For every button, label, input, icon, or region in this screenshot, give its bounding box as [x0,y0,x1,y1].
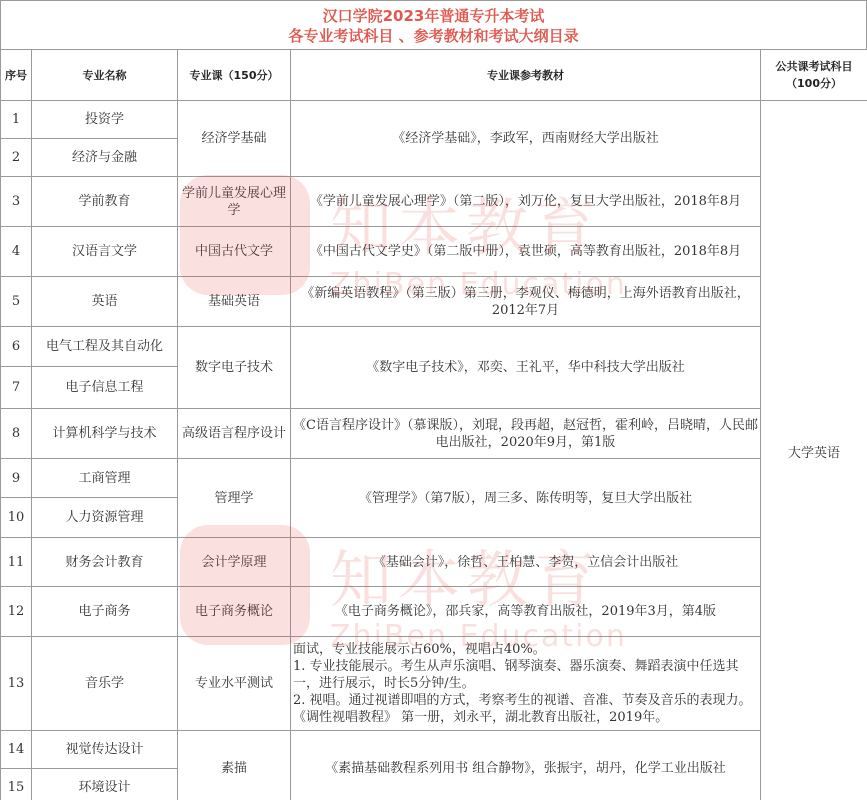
major-cell: 投资学 [32,101,178,139]
textbook-cell: 《中国古代文学史》（第二版中册），袁世硕，高等教育出版社，2018年8月 [291,227,761,277]
table-row: 8 计算机科学与技术 高级语言程序设计 《C语言程序设计》（慕课版），刘琨，段再… [1,409,867,459]
textbook-cell: 《经济学基础》，李政军，西南财经大学出版社 [291,101,761,177]
major-cell: 电气工程及其自动化 [32,327,178,367]
seq-cell: 9 [1,459,32,498]
seq-cell: 13 [1,637,32,731]
seq-cell: 11 [1,538,32,587]
seq-cell: 5 [1,277,32,327]
major-cell: 电子信息工程 [32,367,178,409]
exam-table: 序号 专业名称 专业课（150分） 专业课参考教材 公共课考试科目（100分） … [0,49,867,800]
seq-cell: 1 [1,101,32,139]
course-cell: 管理学 [178,459,291,538]
major-cell: 工商管理 [32,459,178,498]
major-cell: 人力资源管理 [32,498,178,538]
table-row: 9 工商管理 管理学 《管理学》（第7版），周三多、陈传明等，复旦大学出版社 [1,459,867,498]
table-row: 13 音乐学 专业水平测试 面试，专业技能展示占60%，视唱占40%。 1. 专… [1,637,867,731]
seq-cell: 7 [1,367,32,409]
seq-cell: 14 [1,731,32,769]
table-row: 12 电子商务 电子商务概论 《电子商务概论》，邵兵家，高等教育出版社，2019… [1,587,867,637]
major-cell: 环境设计 [32,769,178,800]
seq-cell: 2 [1,139,32,177]
course-cell: 经济学基础 [178,101,291,177]
course-cell: 学前儿童发展心理学 [178,177,291,227]
table-row: 4 汉语言文学 中国古代文学 《中国古代文学史》（第二版中册），袁世硕，高等教育… [1,227,867,277]
seq-cell: 8 [1,409,32,459]
major-cell: 财务会计教育 [32,538,178,587]
seq-cell: 10 [1,498,32,538]
course-cell: 会计学原理 [178,538,291,587]
seq-cell: 12 [1,587,32,637]
seq-cell: 4 [1,227,32,277]
table-row: 14 视觉传达设计 素描 《素描基础教程系列用书 组合静物》，张振宇，胡丹，化学… [1,731,867,769]
textbook-cell: 《学前儿童发展心理学》（第二版），刘万伦，复旦大学出版社，2018年8月 [291,177,761,227]
course-cell: 电子商务概论 [178,587,291,637]
textbook-cell: 《管理学》（第7版），周三多、陈传明等，复旦大学出版社 [291,459,761,538]
textbook-cell: 《基础会计》，徐哲、王柏慧、李贺，立信会计出版社 [291,538,761,587]
course-cell: 数字电子技术 [178,327,291,409]
table-row: 3 学前教育 学前儿童发展心理学 《学前儿童发展心理学》（第二版），刘万伦，复旦… [1,177,867,227]
course-cell: 素描 [178,731,291,800]
course-cell: 专业水平测试 [178,637,291,731]
header-major: 专业名称 [32,50,178,101]
major-cell: 电子商务 [32,587,178,637]
seq-cell: 3 [1,177,32,227]
major-cell: 英语 [32,277,178,327]
major-cell: 学前教育 [32,177,178,227]
table-row: 11 财务会计教育 会计学原理 《基础会计》，徐哲、王柏慧、李贺，立信会计出版社 [1,538,867,587]
header-seq: 序号 [1,50,32,101]
textbook-cell: 《C语言程序设计》（慕课版），刘琨，段再超，赵冠哲，霍利岭，吕晓晴，人民邮电出版… [291,409,761,459]
seq-cell: 6 [1,327,32,367]
course-cell: 高级语言程序设计 [178,409,291,459]
table-row: 1 投资学 经济学基础 《经济学基础》，李政军，西南财经大学出版社 大学英语 [1,101,867,139]
major-cell: 音乐学 [32,637,178,731]
textbook-cell: 《电子商务概论》，邵兵家，高等教育出版社，2019年3月，第4版 [291,587,761,637]
title-line-1: 汉口学院2023年普通专升本考试 [1,6,866,26]
textbook-cell-music: 面试，专业技能展示占60%，视唱占40%。 1. 专业技能展示。考生从声乐演唱、… [291,637,761,731]
major-cell: 汉语言文学 [32,227,178,277]
document-title: 汉口学院2023年普通专升本考试 各专业考试科目 、参考教材和考试大纲目录 [0,0,867,50]
major-cell: 计算机科学与技术 [32,409,178,459]
textbook-cell: 《数字电子技术》，邓奕、王礼平，华中科技大学出版社 [291,327,761,409]
header-course: 专业课（150分） [178,50,291,101]
table-header-row: 序号 专业名称 专业课（150分） 专业课参考教材 公共课考试科目（100分） [1,50,867,101]
course-cell: 基础英语 [178,277,291,327]
table-row: 5 英语 基础英语 《新编英语教程》（第三版）第三册，李观仪、梅德明，上海外语教… [1,277,867,327]
seq-cell: 15 [1,769,32,800]
public-course-cell: 大学英语 [761,101,867,800]
major-cell: 视觉传达设计 [32,731,178,769]
title-line-2: 各专业考试科目 、参考教材和考试大纲目录 [1,26,866,46]
major-cell: 经济与金融 [32,139,178,177]
header-public: 公共课考试科目（100分） [761,50,867,101]
textbook-cell: 《素描基础教程系列用书 组合静物》，张振宇，胡丹，化学工业出版社 [291,731,761,800]
course-cell: 中国古代文学 [178,227,291,277]
table-row: 6 电气工程及其自动化 数字电子技术 《数字电子技术》，邓奕、王礼平，华中科技大… [1,327,867,367]
header-textbook: 专业课参考教材 [291,50,761,101]
textbook-cell: 《新编英语教程》（第三版）第三册，李观仪、梅德明，上海外语教育出版社，2012年… [291,277,761,327]
